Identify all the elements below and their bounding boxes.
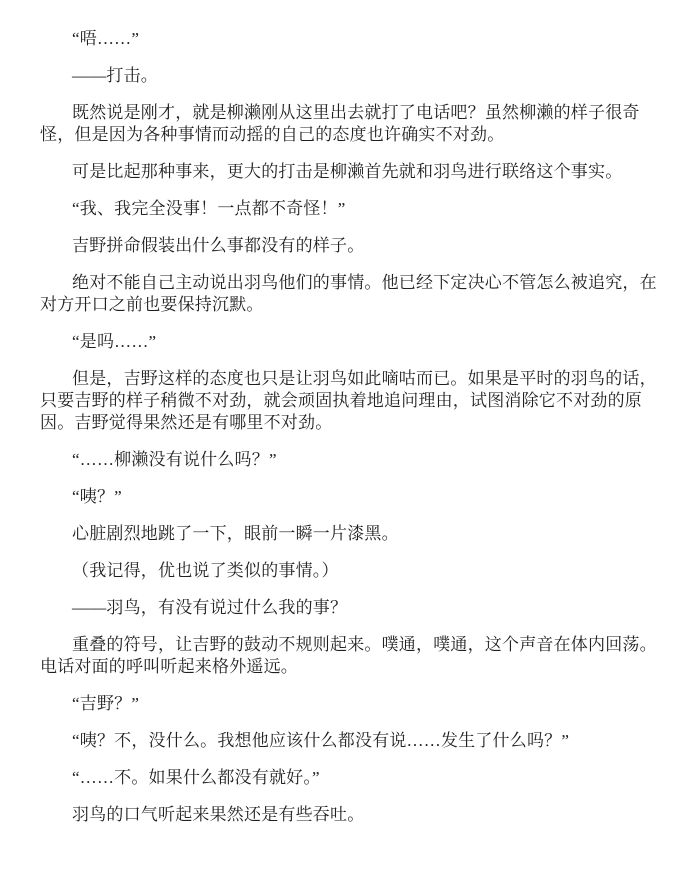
text-line: 吉野拼命假装出什么事都没有的样子。	[40, 235, 640, 257]
text-line: “吉野？”	[40, 693, 640, 715]
text-line: “我、我完全没事！一点都不奇怪！”	[40, 198, 640, 220]
text-line: 重叠的符号，让吉野的鼓动不规则起来。噗通，噗通，这个声音在体内回荡。	[40, 634, 640, 656]
text-line: “咦？”	[40, 486, 640, 508]
paragraph: “是吗……”	[40, 331, 640, 353]
paragraph: 但是，吉野这样的态度也只是让羽鸟如此嘀咕而已。如果是平时的羽鸟的话， 只要吉野的…	[40, 368, 640, 434]
paragraph: 绝对不能自己主动说出羽鸟他们的事情。他已经下定决心不管怎么被追究，在 对方开口之…	[40, 272, 640, 316]
text-line: 既然说是刚才，就是柳濑刚从这里出去就打了电话吧？虽然柳濑的样子很奇	[40, 102, 640, 124]
text-line: 电话对面的呼叫听起来格外遥远。	[40, 656, 640, 678]
paragraph: 既然说是刚才，就是柳濑刚从这里出去就打了电话吧？虽然柳濑的样子很奇 怪，但是因为…	[40, 102, 640, 146]
paragraph: 心脏剧烈地跳了一下，眼前一瞬一片漆黑。	[40, 523, 640, 545]
text-line: ——羽鸟，有没有说过什么我的事？	[40, 597, 640, 619]
paragraph: 吉野拼命假装出什么事都没有的样子。	[40, 235, 640, 257]
text-line: （我记得，优也说了类似的事情。）	[40, 560, 640, 582]
text-line: “……柳濑没有说什么吗？”	[40, 449, 640, 471]
paragraph: 羽鸟的口气听起来果然还是有些吞吐。	[40, 804, 640, 826]
paragraph: ——打击。	[40, 65, 640, 87]
paragraph: ——羽鸟，有没有说过什么我的事？	[40, 597, 640, 619]
paragraph: 重叠的符号，让吉野的鼓动不规则起来。噗通，噗通，这个声音在体内回荡。 电话对面的…	[40, 634, 640, 678]
text-line: “唔……”	[40, 28, 640, 50]
paragraph: “……不。如果什么都没有就好。”	[40, 767, 640, 789]
paragraph: “……柳濑没有说什么吗？”	[40, 449, 640, 471]
text-line: 可是比起那种事来，更大的打击是柳濑首先就和羽鸟进行联络这个事实。	[40, 161, 640, 183]
paragraph: “我、我完全没事！一点都不奇怪！”	[40, 198, 640, 220]
text-line: 但是，吉野这样的态度也只是让羽鸟如此嘀咕而已。如果是平时的羽鸟的话，	[40, 368, 640, 390]
paragraph: “咦？”	[40, 486, 640, 508]
paragraph: 可是比起那种事来，更大的打击是柳濑首先就和羽鸟进行联络这个事实。	[40, 161, 640, 183]
text-line: 怪，但是因为各种事情而动摇的自己的态度也许确实不对劲。	[40, 124, 640, 146]
text-line: ——打击。	[40, 65, 640, 87]
text-line: 绝对不能自己主动说出羽鸟他们的事情。他已经下定决心不管怎么被追究，在	[40, 272, 640, 294]
text-line: 只要吉野的样子稍微不对劲，就会顽固执着地追问理由，试图消除它不对劲的原	[40, 390, 640, 412]
paragraph: “咦？不，没什么。我想他应该什么都没有说……发生了什么吗？”	[40, 730, 640, 752]
text-line: 羽鸟的口气听起来果然还是有些吞吐。	[40, 804, 640, 826]
text-line: “是吗……”	[40, 331, 640, 353]
text-line: “……不。如果什么都没有就好。”	[40, 767, 640, 789]
paragraph: （我记得，优也说了类似的事情。）	[40, 560, 640, 582]
text-line: “咦？不，没什么。我想他应该什么都没有说……发生了什么吗？”	[40, 730, 640, 752]
document-page: “唔……” ——打击。 既然说是刚才，就是柳濑刚从这里出去就打了电话吧？虽然柳濑…	[0, 0, 680, 880]
paragraph: “唔……”	[40, 28, 640, 50]
text-line: 因。吉野觉得果然还是有哪里不对劲。	[40, 412, 640, 434]
text-line: 对方开口之前也要保持沉默。	[40, 294, 640, 316]
paragraph: “吉野？”	[40, 693, 640, 715]
text-line: 心脏剧烈地跳了一下，眼前一瞬一片漆黑。	[40, 523, 640, 545]
